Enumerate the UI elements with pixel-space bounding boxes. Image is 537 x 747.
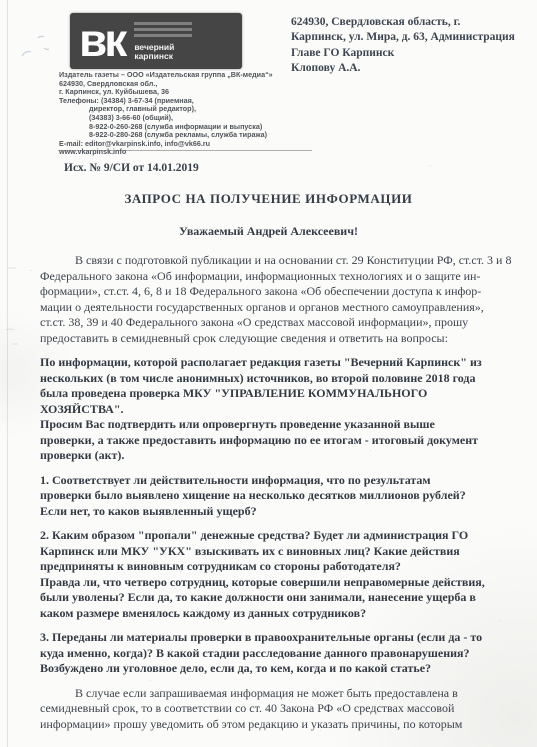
letter-body: В связи с подготовкой публикации и на ос…: [40, 253, 512, 741]
logo-vk-letters: вк: [79, 17, 124, 63]
paragraph-legal-basis: В связи с подготовкой публикации и на ос…: [40, 253, 512, 346]
question-3: 3. Переданы ли материалы проверки в прав…: [40, 630, 512, 677]
salutation-line: Уважаемый Андрей Алексеевич!: [0, 224, 537, 239]
paragraph-closing: В случае если запрашиваемая информация н…: [40, 686, 512, 733]
recipient-address-block: 624930, Свердловская область, г. Карпинс…: [291, 15, 535, 76]
scan-edge-line: [7, 0, 8, 747]
pen-mark: [2, 260, 32, 350]
pen-mark: [14, 26, 64, 66]
publisher-contact-block: Издатель газеты – ООО «Издательская груп…: [59, 71, 319, 157]
scanned-letter-page: вк вечерний карпинск Издатель газеты – О…: [0, 0, 537, 747]
document-title: ЗАПРОС НА ПОЛУЧЕНИЕ ИНФОРМАЦИИ: [0, 191, 537, 207]
paragraph-background-info: По информации, которой располагает редак…: [40, 355, 512, 464]
letterhead-divider: [58, 150, 312, 151]
logo-right-block: вечерний карпинск: [134, 21, 192, 62]
question-1: 1. Соответствует ли действительности инф…: [40, 473, 512, 520]
newspaper-logo: вк вечерний карпинск: [70, 13, 242, 69]
logo-fineprint-line: [134, 28, 192, 31]
outgoing-number-line: Исх. № 9/СИ от 14.01.2019: [64, 162, 199, 174]
logo-fineprint-line: [134, 22, 192, 25]
logo-newspaper-name: вечерний карпинск: [134, 43, 192, 62]
logo-fineprint-line: [134, 34, 192, 37]
question-2: 2. Каким образом "пропали" денежные сред…: [40, 528, 512, 621]
